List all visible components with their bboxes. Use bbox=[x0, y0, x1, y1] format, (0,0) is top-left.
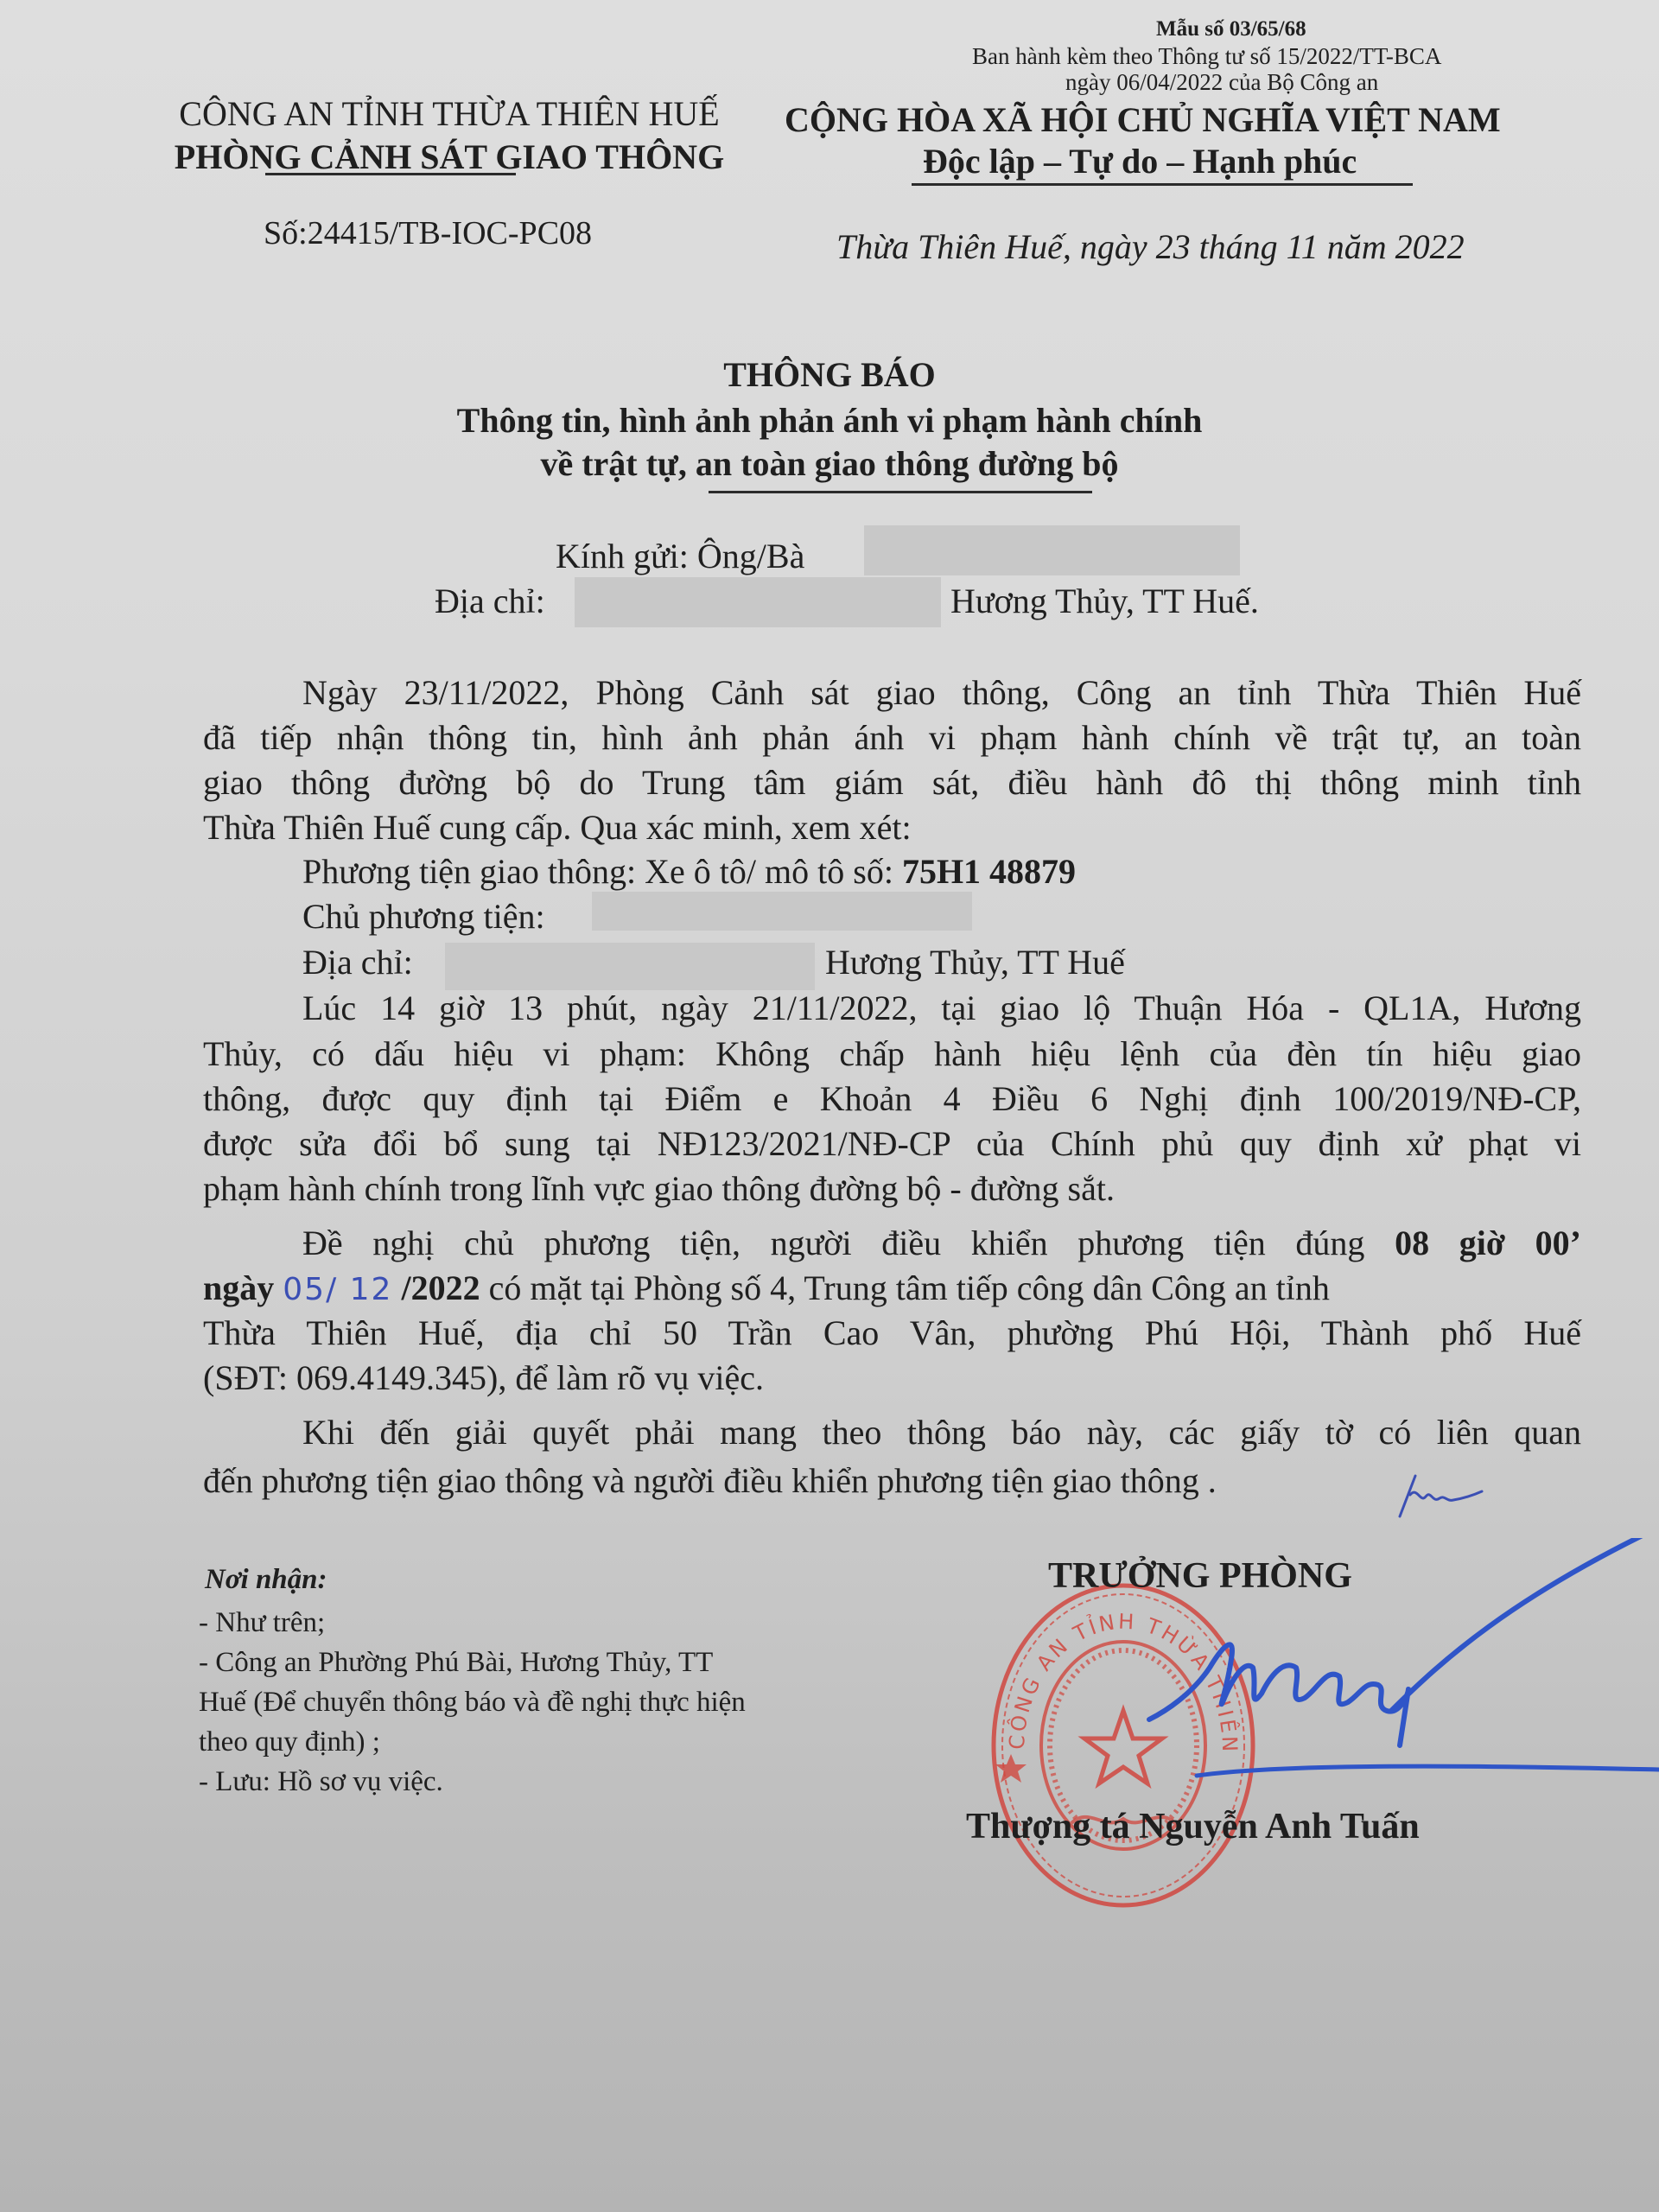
recipient-item: - Công an Phường Phú Bài, Hương Thủy, TT bbox=[199, 1647, 713, 1679]
request-date-line: ngày 05/ 12 /2022 có mặt tại Phòng số 4,… bbox=[203, 1268, 1581, 1308]
body-line: đã tiếp nhận thông tin, hình ảnh phản án… bbox=[203, 717, 1581, 758]
violation-line: Lúc 14 giờ 13 phút, ngày 21/11/2022, tại… bbox=[302, 988, 1581, 1028]
document-subtitle-line2: về trật tự, an toàn giao thông đường bộ bbox=[0, 443, 1659, 484]
greeting-label: Kính gửi: Ông/Bà bbox=[556, 536, 804, 576]
redacted-owner-address bbox=[445, 943, 815, 990]
form-basis-line2: ngày 06/04/2022 của Bộ Công an bbox=[1065, 69, 1378, 96]
request-location: có mặt tại Phòng số 4, Trung tâm tiếp cô… bbox=[480, 1268, 1330, 1307]
vehicle-line: Phương tiện giao thông: Xe ô tô/ mô tô s… bbox=[302, 851, 1581, 892]
recipient-item: theo quy định) ; bbox=[199, 1726, 380, 1758]
request-line: Đề nghị chủ phương tiện, người điều khiể… bbox=[302, 1223, 1581, 1263]
vehicle-label: Phương tiện giao thông: Xe ô tô/ mô tô s… bbox=[302, 852, 902, 891]
body-line: giao thông đường bộ do Trung tâm giám sá… bbox=[203, 762, 1581, 803]
redacted-recipient-name bbox=[864, 525, 1240, 575]
closing-line: Khi đến giải quyết phải mang theo thông … bbox=[302, 1412, 1581, 1452]
document-subtitle-line1: Thông tin, hình ảnh phản ánh vi phạm hàn… bbox=[0, 400, 1659, 441]
closing-line: đến phương tiện giao thông và người điều… bbox=[203, 1460, 1581, 1501]
request-line: Thừa Thiên Huế, địa chỉ 50 Trần Cao Vân,… bbox=[203, 1313, 1581, 1353]
document-number: Số:24415/TB-IOC-PC08 bbox=[264, 214, 592, 252]
signer-name: Thượng tá Nguyễn Anh Tuấn bbox=[966, 1806, 1420, 1847]
nation-heading: CỘNG HÒA XÃ HỘI CHỦ NGHĨA VIỆT NAM bbox=[785, 99, 1501, 140]
handwritten-day: 05 bbox=[283, 1272, 326, 1307]
agency-name: CÔNG AN TỈNH THỪA THIÊN HUẾ bbox=[156, 93, 743, 134]
document-title: THÔNG BÁO bbox=[0, 354, 1659, 395]
request-year: /2022 bbox=[401, 1268, 480, 1307]
body-line: Thừa Thiên Huế cung cấp. Qua xác minh, x… bbox=[203, 807, 1581, 848]
recipient-item: Huế (Để chuyển thông báo và đề nghị thực… bbox=[199, 1687, 746, 1719]
recipients-title: Nơi nhận: bbox=[205, 1564, 327, 1596]
handwritten-signature-icon bbox=[1080, 1538, 1659, 1789]
appointment-time: 08 giờ 00’ bbox=[1395, 1224, 1581, 1262]
form-number: Mẫu số 03/65/68 bbox=[1156, 17, 1306, 41]
violation-line: phạm hành chính trong lĩnh vực giao thôn… bbox=[203, 1168, 1581, 1209]
request-day-label: ngày bbox=[203, 1268, 274, 1307]
handwritten-initials-icon bbox=[1391, 1469, 1486, 1521]
redacted-recipient-address bbox=[575, 577, 941, 627]
recipient-item: - Như trên; bbox=[199, 1607, 325, 1639]
body-line: Ngày 23/11/2022, Phòng Cảnh sát giao thô… bbox=[302, 672, 1581, 713]
violation-line: được sửa đổi bổ sung tại NĐ123/2021/NĐ-C… bbox=[203, 1123, 1581, 1164]
recipient-address-tail: Hương Thủy, TT Huế. bbox=[950, 581, 1259, 621]
owner-address-tail: Hương Thủy, TT Huế bbox=[825, 942, 1125, 982]
violation-line: Thủy, có dấu hiệu vi phạm: Không chấp hà… bbox=[203, 1033, 1581, 1074]
form-basis-line1: Ban hành kèm theo Thông tư số 15/2022/TT… bbox=[972, 43, 1441, 70]
department-name: PHÒNG CẢNH SÁT GIAO THÔNG bbox=[156, 137, 743, 177]
request-line: (SĐT: 069.4149.345), để làm rõ vụ việc. bbox=[203, 1357, 1581, 1398]
violation-line: thông, được quy định tại Điểm e Khoản 4 … bbox=[203, 1078, 1581, 1119]
handwritten-month: 12 bbox=[350, 1272, 393, 1307]
request-text: Đề nghị chủ phương tiện, người điều khiể… bbox=[302, 1224, 1395, 1262]
redacted-owner-name bbox=[592, 892, 972, 931]
recipient-address-label: Địa chỉ: bbox=[435, 581, 545, 621]
place-date: Thừa Thiên Huế, ngày 23 tháng 11 năm 202… bbox=[836, 226, 1465, 267]
motto-underline bbox=[912, 183, 1413, 186]
plate-number: 75H1 48879 bbox=[902, 852, 1076, 891]
department-underline bbox=[265, 173, 516, 175]
title-underline bbox=[709, 491, 1092, 493]
nation-motto: Độc lập – Tự do – Hạnh phúc bbox=[923, 141, 1357, 181]
recipient-item: - Lưu: Hồ sơ vụ việc. bbox=[199, 1766, 443, 1798]
